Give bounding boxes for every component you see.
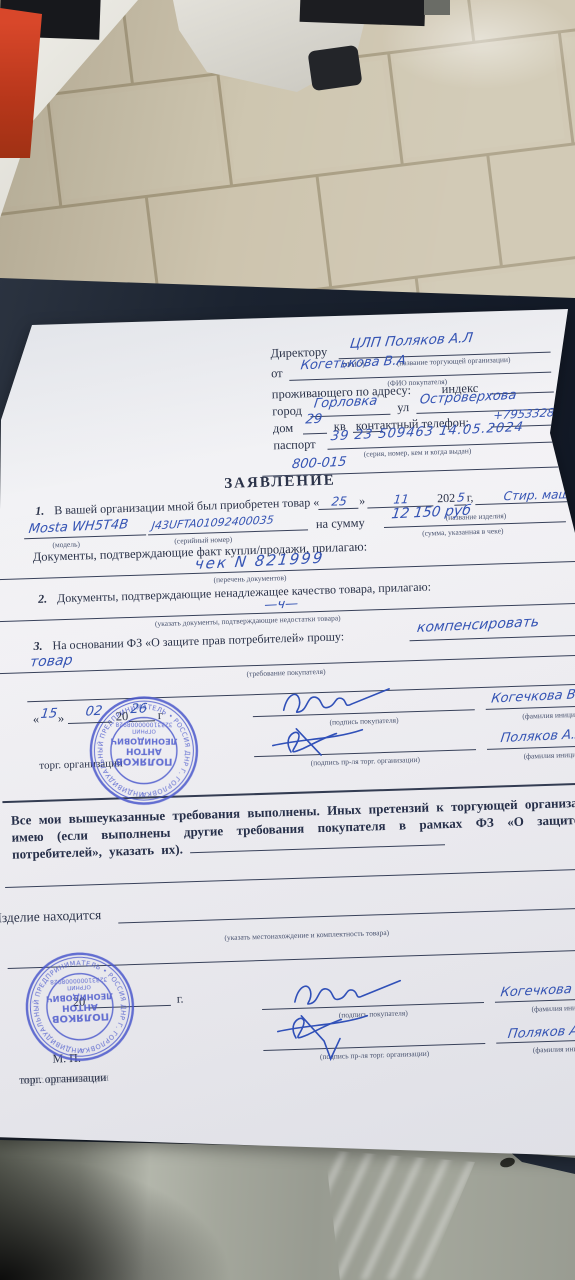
date-quote-close: » xyxy=(58,711,65,726)
svg-text:ОГРНИП: ОГРНИП xyxy=(132,728,156,734)
buyer-name-handwritten-top: Когечкова В.А. xyxy=(490,687,575,707)
to-value-handwritten: ЦЛП Поляков А.Л xyxy=(349,330,474,352)
seller-name-handwritten-bottom: Поляков А.Л xyxy=(507,1023,575,1042)
buyer-surname-label-top: (фамилия инициалы) xyxy=(486,708,575,721)
quote-close: » xyxy=(359,494,365,508)
blank-underline-2 xyxy=(5,868,575,888)
svg-text:ЛЕОНИДОВИЧ: ЛЕОНИДОВИЧ xyxy=(46,991,113,1004)
org-label-bottom: торг. организации xyxy=(19,1072,107,1087)
date-quote-open: « xyxy=(33,712,40,727)
demand-handwritten-line1: компенсировать xyxy=(416,614,540,636)
item3-line: 3. На основании ФЗ «О защите прав потреб… xyxy=(33,629,344,654)
seller-surname-label-bottom: (фамилия инициалы) xyxy=(496,1042,575,1055)
svg-text:ПОЛЯКОВ: ПОЛЯКОВ xyxy=(52,1010,110,1024)
purchase-day-handwritten: 25 xyxy=(318,494,360,510)
svg-text:ОГРНИП: ОГРНИП xyxy=(67,983,91,990)
street-label: ул xyxy=(397,400,409,415)
seller-signature-bottom xyxy=(267,1008,429,1065)
date-year-handwritten: 26 xyxy=(130,701,148,717)
svg-text:АНТОН: АНТОН xyxy=(126,746,162,756)
model-handwritten: Mosta WH5T4B xyxy=(28,517,129,537)
svg-text:323310000008928: 323310000008928 xyxy=(50,975,108,985)
sum-label: на сумму xyxy=(316,516,365,533)
location-sub: (указать местонахождение и комплектность… xyxy=(157,926,457,944)
foreground-shadow-corner xyxy=(0,1150,240,1280)
item3-number: 3. xyxy=(33,639,42,653)
seller-name-handwritten-top: Поляков А.Л xyxy=(500,727,575,746)
passport-label: паспорт xyxy=(273,437,316,453)
black-object-foot xyxy=(307,45,362,92)
item3-text: На основании ФЗ «О защите прав потребите… xyxy=(52,629,344,652)
buyer-surname-label-bottom: (фамилия инициалы) xyxy=(495,1001,575,1014)
house-value-handwritten: 29 xyxy=(305,412,323,428)
black-object-top xyxy=(300,0,426,26)
item1-number: 1. xyxy=(35,504,44,518)
claim-form: Директору ЦЛП Поляков А.Л (ФИО) (названи… xyxy=(0,290,575,1164)
street-value-handwritten: Островерхова xyxy=(419,388,517,408)
date-day-handwritten: 15 xyxy=(40,706,58,722)
house-underline xyxy=(303,433,327,435)
seller-surname-label-top: (фамилия инициалы) xyxy=(487,748,575,761)
buyer-signature-top xyxy=(277,683,398,717)
item2-value-handwritten: —ч— xyxy=(263,596,299,613)
round-stamp-bottom: ИНДИВИДУАЛЬНЫЙ ПРЕДПРИНИМАТЕЛЬ • РОССИЯ … xyxy=(21,948,138,1065)
gray-object xyxy=(424,0,450,15)
location-label: Изделие находится xyxy=(0,907,101,926)
passport-extra-handwritten: 800-015 xyxy=(291,455,347,473)
date-year-printed: 20 xyxy=(116,709,129,724)
location-underline xyxy=(118,907,575,924)
date-month-handwritten: 02 xyxy=(85,704,103,720)
svg-text:ЛЕОНИДОВИЧ: ЛЕОНИДОВИЧ xyxy=(110,736,177,746)
house-label: дом xyxy=(273,421,294,437)
docs-sub: (перечень документов) xyxy=(213,573,286,584)
item2-number: 2. xyxy=(38,592,47,606)
serial-handwritten: J43UFTA01092400035 xyxy=(151,513,275,532)
city-label: город xyxy=(272,403,302,419)
city-value-handwritten: Горловка xyxy=(313,394,378,412)
date-year-suffix: г xyxy=(158,708,164,723)
buyer-signature-bottom xyxy=(288,974,409,1008)
date-bottom-year-suffix: г. xyxy=(176,991,183,1006)
item3-sub: (требование покупателя) xyxy=(246,667,325,678)
svg-text:ПОЛЯКОВ: ПОЛЯКОВ xyxy=(115,756,172,767)
seller-signature-top xyxy=(262,720,413,759)
from-label: от xyxy=(271,366,283,381)
sum-sub: (сумма, указанная в чеке) xyxy=(422,526,504,538)
buyer-name-handwritten-bottom: Когечкова В.А. xyxy=(500,980,575,1000)
product-name-handwritten: Стир. машина xyxy=(476,485,575,505)
demand-handwritten-line2: товар xyxy=(29,652,74,670)
photo-scene: Директору ЦЛП Поляков А.Л (ФИО) (названи… xyxy=(0,0,575,1280)
